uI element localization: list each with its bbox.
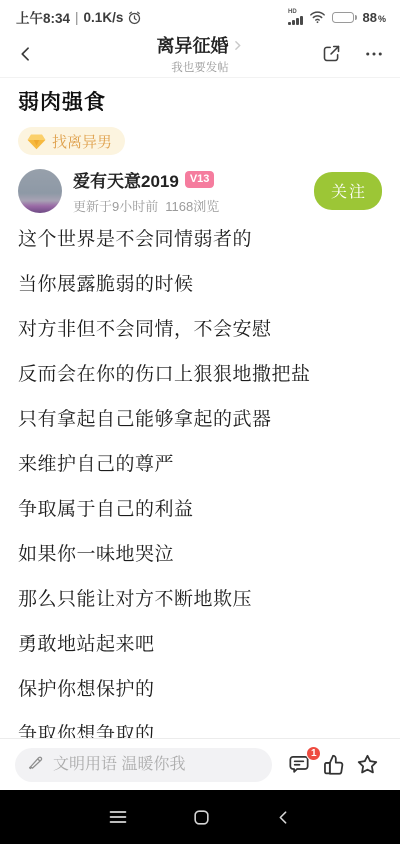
tag-badge[interactable]: 找离异男 <box>18 127 125 155</box>
thumbs-up-icon <box>321 752 346 777</box>
more-options-icon[interactable] <box>364 44 384 64</box>
status-left: 上午8:34 | 0.1K/s <box>16 7 142 27</box>
update-time: 更新于9小时前 <box>73 196 158 215</box>
gem-icon <box>27 133 46 150</box>
post-body: 这个世界是不会同情弱者的当你展露脆弱的时候对方非但不会同情，不会安慰反而会在你的… <box>18 227 382 738</box>
nav-back-button[interactable] <box>275 809 292 826</box>
battery-icon <box>332 12 357 23</box>
author-row: 爱有天意2019 V13 更新于9小时前 1168浏览 关注 <box>18 167 382 215</box>
status-right: HD 88% <box>288 9 386 25</box>
alarm-clock-icon <box>127 10 142 25</box>
status-bar: 上午8:34 | 0.1K/s HD <box>0 0 400 30</box>
recents-menu-button[interactable] <box>108 809 128 825</box>
avatar[interactable] <box>18 169 62 213</box>
level-badge: V13 <box>185 171 215 187</box>
home-button[interactable] <box>192 808 211 827</box>
wifi-icon <box>309 10 326 24</box>
post-content: 弱肉强食 找离异男 爱有天意2019 V13 更新于9小时前 1168浏览 <box>0 78 400 738</box>
author-name[interactable]: 爱有天意2019 <box>73 167 179 192</box>
phone-screen: 上午8:34 | 0.1K/s HD <box>0 0 400 844</box>
post-paragraph: 那么只能让对方不断地欺压 <box>18 587 382 613</box>
pencil-icon <box>27 753 45 776</box>
post-paragraph: 只有拿起自己能够拿起的武器 <box>18 407 382 433</box>
battery-percent: 88% <box>363 10 386 25</box>
status-time: 上午8:34 <box>16 7 70 27</box>
comments-button[interactable]: 1 <box>286 752 312 778</box>
status-divider: | <box>74 10 80 25</box>
android-nav-bar <box>0 790 400 844</box>
post-paragraph: 来维护自己的尊严 <box>18 452 382 478</box>
post-paragraph: 如果你一味地哭泣 <box>18 542 382 568</box>
post-title: 弱肉强食 <box>18 86 382 116</box>
post-paragraph: 争取属于自己的利益 <box>18 497 382 523</box>
post-paragraph: 保护你想保护的 <box>18 677 382 703</box>
comment-input[interactable] <box>15 748 272 782</box>
follow-button[interactable]: 关注 <box>314 172 382 210</box>
chevron-right-icon <box>231 39 244 52</box>
post-paragraph: 争取你想争取的 <box>18 722 382 738</box>
comment-count-badge: 1 <box>306 746 321 761</box>
share-icon[interactable] <box>321 43 342 64</box>
board-title[interactable]: 离异征婚 <box>157 32 229 58</box>
network-speed: 0.1K/s <box>84 10 124 25</box>
header: 离异征婚 我也要发帖 <box>0 30 400 78</box>
bottom-toolbar: 1 <box>0 738 400 790</box>
favorite-button[interactable] <box>355 752 380 777</box>
post-paragraph: 这个世界是不会同情弱者的 <box>18 227 382 253</box>
tag-label: 找离异男 <box>52 131 112 152</box>
post-paragraph: 勇敢地站起来吧 <box>18 632 382 658</box>
star-icon <box>355 752 380 777</box>
post-paragraph: 反而会在你的伤口上狠狠地撒把盐 <box>18 362 382 388</box>
post-paragraph: 当你展露脆弱的时候 <box>18 272 382 298</box>
back-button[interactable] <box>16 44 36 64</box>
view-count: 1168浏览 <box>165 196 219 215</box>
signal-icon: HD <box>288 9 303 25</box>
like-button[interactable] <box>321 752 346 777</box>
post-paragraph: 对方非但不会同情，不会安慰 <box>18 317 382 343</box>
post-meta: 更新于9小时前 1168浏览 <box>73 196 219 215</box>
